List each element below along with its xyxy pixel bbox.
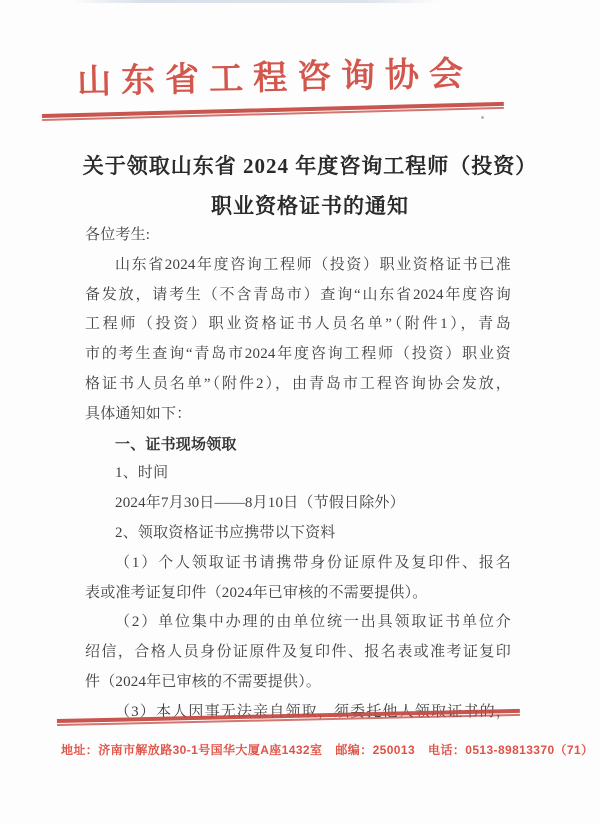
body-line: 山东省2024年度咨询工程师（投资）职业资格证书已准 — [85, 251, 511, 281]
scan-speck — [481, 116, 484, 119]
body-line: （2）单位集中办理的由单位统一出具领取证书单位介 — [85, 608, 511, 638]
body-line: 具体通知如下： — [85, 400, 511, 430]
body-line: 市的考生查询“青岛市2024年度咨询工程师（投资）职业资 — [85, 340, 511, 370]
body-line: 工程师（投资）职业资格证书人员名单”（附件1），青岛 — [85, 310, 511, 340]
body-line: 绍信，合格人员身份证原件及复印件、报名表或准考证复印 — [85, 638, 511, 668]
document-title-line-1: 关于领取山东省 2024 年度咨询工程师（投资） — [50, 146, 570, 186]
item-time-label: 1、时间 — [85, 459, 511, 489]
salutation-line: 各位考生: — [85, 221, 511, 251]
document-title: 关于领取山东省 2024 年度咨询工程师（投资） 职业资格证书的通知 — [50, 146, 570, 226]
document-body: 各位考生: 山东省2024年度咨询工程师（投资）职业资格证书已准 备发放，请考生… — [85, 221, 511, 728]
section-heading: 一、证书现场领取 — [85, 430, 511, 460]
footer-address: 地址：济南市解放路30-1号国华大厦A座1432室 — [61, 743, 322, 757]
scan-artifact-top-edge — [70, 0, 440, 3]
body-line: 件（2024年已审核的不需要提供）。 — [85, 668, 511, 698]
body-line: 备发放，请考生（不含青岛市）查询“山东省2024年度咨询 — [85, 281, 511, 311]
document-title-line-2: 职业资格证书的通知 — [50, 186, 570, 226]
letterhead-rule — [42, 102, 504, 121]
footer-postal: 邮编：250013 — [335, 743, 415, 757]
body-line: （1）个人领取证书请携带身份证原件及复印件、报名 — [85, 549, 511, 579]
footer-phone: 电话：0513-89813370（71） — [428, 743, 593, 757]
footer-contact-line: 地址：济南市解放路30-1号国华大厦A座1432室邮编：250013电话：051… — [61, 741, 581, 758]
body-line: 表或准考证复印件（2024年已审核的不需要提供）。 — [85, 579, 511, 609]
date-range-line: 2024年7月30日——8月10日（节假日除外） — [85, 489, 511, 519]
scanned-notice-page: 山东省工程咨询协会 关于领取山东省 2024 年度咨询工程师（投资） 职业资格证… — [0, 0, 600, 825]
item-materials: 2、领取资格证书应携带以下资料 — [85, 519, 511, 549]
letterhead-org-name: 山东省工程咨询协会 — [35, 45, 516, 103]
body-line: 格证书人员名单”（附件2），由青岛市工程咨询协会发放， — [85, 370, 511, 400]
